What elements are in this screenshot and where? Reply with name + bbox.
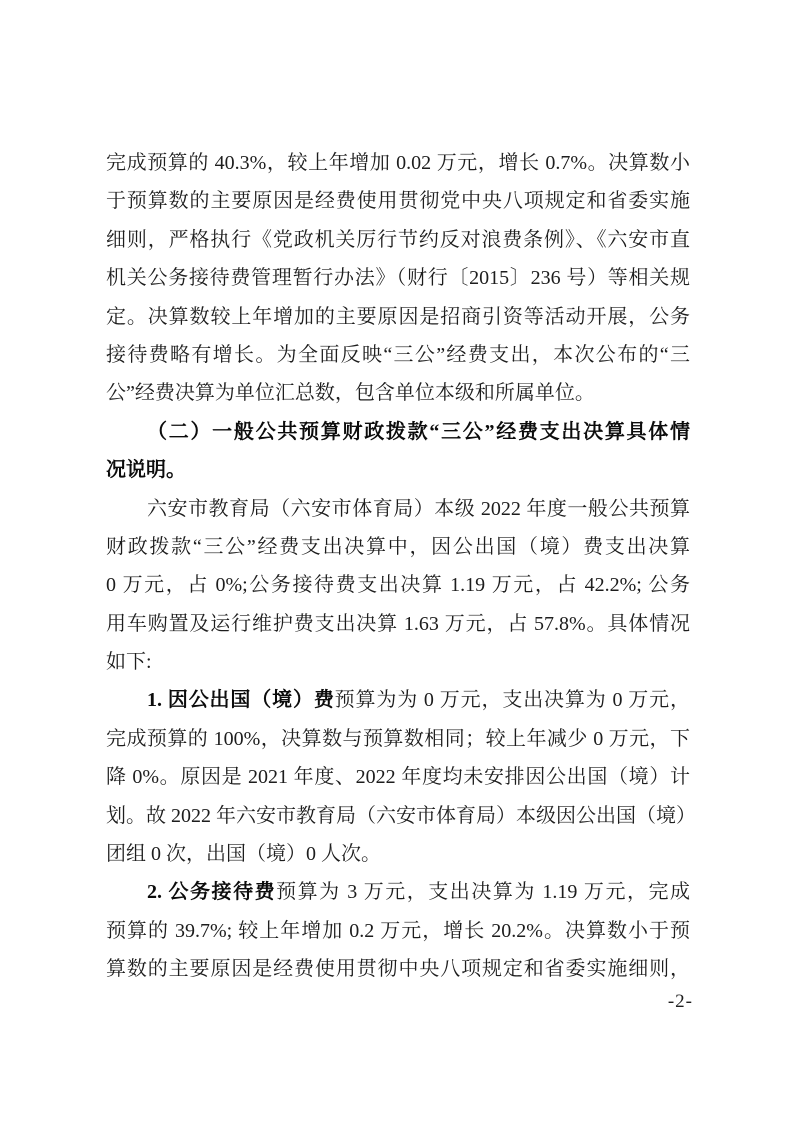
line-text: 况说明。: [106, 459, 186, 481]
line-text: 定。决算数较上年增加的主要原因是招商引资等活动开展，公务: [106, 306, 690, 328]
line-text: 用车购置及运行维护费支出决算 1.63 万元，占 57.8%。具体情况: [106, 613, 690, 635]
line-text: 接待费略有增长。为全面反映“三公”经费支出，本次公布的“三: [106, 344, 690, 366]
text-line: 六安市教育局（六安市体育局）本级 2022 年度一般公共预算: [106, 490, 690, 528]
line-text: 财政拨款“三公”经费支出决算中，因公出国（境）费支出决算: [106, 536, 690, 558]
section-heading: （二）一般公共预算财政拨款“三公”经费支出决算具体情: [106, 413, 690, 451]
text-line: 用车购置及运行维护费支出决算 1.63 万元，占 57.8%。具体情况: [106, 605, 690, 643]
line-text: 预算为 3 万元，支出决算为 1.19 万元，完成: [276, 881, 690, 903]
text-line: 0 万元，占 0%;公务接待费支出决算 1.19 万元，占 42.2%; 公务: [106, 566, 690, 604]
text-line: 接待费略有增长。为全面反映“三公”经费支出，本次公布的“三: [106, 336, 690, 374]
line-text: 完成预算的 100%，决算数与预算数相同；较上年减少 0 万元，下: [106, 728, 690, 750]
line-text: 公”经费决算为单位汇总数，包含单位本级和所属单位。: [106, 382, 595, 404]
line-text: 细则，严格执行《党政机关厉行节约反对浪费条例》、《六安市直: [106, 229, 690, 251]
line-text: 六安市教育局（六安市体育局）本级 2022 年度一般公共预算: [147, 498, 690, 520]
text-line: 公”经费决算为单位汇总数，包含单位本级和所属单位。: [106, 374, 690, 412]
line-text: 预算为为 0 万元，支出决算为 0 万元，: [335, 689, 690, 711]
line-text: 0 万元，占 0%;公务接待费支出决算 1.19 万元，占 42.2%; 公务: [106, 574, 690, 596]
text-line: 定。决算数较上年增加的主要原因是招商引资等活动开展，公务: [106, 298, 690, 336]
text-line: 降 0%。原因是 2021 年度、2022 年度均未安排因公出国（境）计: [106, 758, 690, 796]
document-body: 完成预算的 40.3%，较上年增加 0.02 万元，增长 0.7%。决算数小 于…: [106, 144, 690, 989]
text-line: 预算的 39.7%; 较上年增加 0.2 万元，增长 20.2%。决算数小于预: [106, 912, 690, 950]
line-text: 算数的主要原因是经费使用贯彻中央八项规定和省委实施细则，: [106, 958, 690, 980]
text-line: 财政拨款“三公”经费支出决算中，因公出国（境）费支出决算: [106, 528, 690, 566]
text-line: 完成预算的 100%，决算数与预算数相同；较上年减少 0 万元，下: [106, 720, 690, 758]
text-line: 划。故 2022 年六安市教育局（六安市体育局）本级因公出国（境）: [106, 797, 690, 835]
line-text: 团组 0 次，出国（境）0 人次。: [106, 843, 381, 865]
text-line: 1. 因公出国（境）费预算为为 0 万元，支出决算为 0 万元，: [106, 681, 690, 719]
text-line: 2. 公务接待费预算为 3 万元，支出决算为 1.19 万元，完成: [106, 873, 690, 911]
line-text: 预算的 39.7%; 较上年增加 0.2 万元，增长 20.2%。决算数小于预: [106, 920, 690, 942]
document-page: 完成预算的 40.3%，较上年增加 0.02 万元，增长 0.7%。决算数小 于…: [0, 0, 793, 1122]
text-line: 完成预算的 40.3%，较上年增加 0.02 万元，增长 0.7%。决算数小: [106, 144, 690, 182]
line-text: 机关公务接待费管理暂行办法》（财行〔2015〕236 号）等相关规: [106, 267, 690, 289]
text-line: 于预算数的主要原因是经费使用贯彻党中央八项规定和省委实施: [106, 182, 690, 220]
text-line: 机关公务接待费管理暂行办法》（财行〔2015〕236 号）等相关规: [106, 259, 690, 297]
page-number: -2-: [668, 991, 693, 1013]
line-text: 划。故 2022 年六安市教育局（六安市体育局）本级因公出国（境）: [106, 805, 696, 827]
text-line: 团组 0 次，出国（境）0 人次。: [106, 835, 690, 873]
line-text: 降 0%。原因是 2021 年度、2022 年度均未安排因公出国（境）计: [106, 766, 690, 788]
line-bold-text: 2. 公务接待费: [147, 881, 276, 903]
text-line: 如下:: [106, 643, 690, 681]
line-text: （二）一般公共预算财政拨款“三公”经费支出决算具体情: [147, 421, 690, 443]
line-bold-text: 1. 因公出国（境）费: [147, 689, 335, 711]
text-line: 算数的主要原因是经费使用贯彻中央八项规定和省委实施细则，: [106, 950, 690, 988]
line-text: 完成预算的 40.3%，较上年增加 0.02 万元，增长 0.7%。决算数小: [106, 152, 690, 174]
text-line: 细则，严格执行《党政机关厉行节约反对浪费条例》、《六安市直: [106, 221, 690, 259]
line-text: 如下:: [106, 651, 152, 673]
line-text: 于预算数的主要原因是经费使用贯彻党中央八项规定和省委实施: [106, 190, 690, 212]
section-heading: 况说明。: [106, 451, 690, 489]
